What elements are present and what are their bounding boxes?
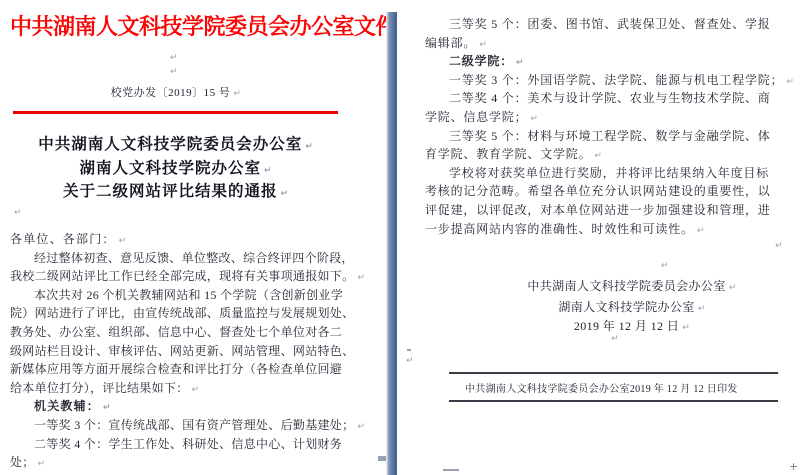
body-line-section-head: 机关教辅：↵ <box>10 397 112 415</box>
body-text: 级网站栏目设计、审核评估、网站更新、网站管理、网站特色、 <box>10 344 354 358</box>
body-text: 给本单位打分），评比结果如下： <box>10 381 189 395</box>
body-text: 二等奖 4 个：美术与设计学院、农业与生物技术学院、商 <box>449 91 771 105</box>
body-line: 编辑部。↵ <box>425 34 488 52</box>
page-divider <box>386 12 397 475</box>
paragraph-mark-icon: ↵ <box>594 151 602 161</box>
body-line: 给本单位打分），评比结果如下：↵ <box>10 379 199 397</box>
footer-issuer: 中共湖南人文科技学院委员会办公室 <box>465 380 630 395</box>
paragraph-mark-icon: ↵ <box>406 356 414 366</box>
footer-date: 2019 年 12 月 12 日印发 <box>630 380 738 395</box>
body-line: 学校将对获奖单位进行奖励，并将评比结果纳入年度目标 <box>425 164 769 182</box>
paragraph-mark-icon: ↵ <box>233 89 241 99</box>
paragraph-mark-icon: ↵ <box>305 142 314 152</box>
body-line: 三等奖 5 个：材料与环境工程学院、数学与金融学院、体 <box>425 127 771 145</box>
paragraph-mark-icon: ↵ <box>530 114 538 124</box>
paragraph-mark-icon: ↵ <box>119 236 128 246</box>
body-text: 三等奖 5 个：材料与环境工程学院、数学与金融学院、体 <box>449 129 771 143</box>
body-line: 一步提高网站内容的准确性、时效性和可读性。↵ <box>425 220 705 238</box>
paragraph-mark-icon: ↵ <box>775 241 783 251</box>
paragraph-mark-icon: ↵ <box>357 273 365 283</box>
doc-number-text: 校党办发〔2019〕15 号 <box>111 87 231 99</box>
paragraph-mark-icon: ↵ <box>14 208 22 218</box>
paragraph-mark-icon: ↵ <box>729 283 737 293</box>
body-text: 一步提高网站内容的准确性、时效性和可读性。 <box>425 222 694 236</box>
margin-mark <box>407 349 411 351</box>
body-text: 本次共对 26 个机关教辅网站和 15 个学院（含创新创业学 <box>34 288 343 302</box>
signature-line-1: 中共湖南人文科技学院委员会办公室↵ <box>432 277 803 294</box>
body-line: 评促建，以评促改，对本单位网站进一步加强建设和管理，进 <box>425 201 771 219</box>
page-1: 中共湖南人文科技学院委员会办公室文件↵ ↵ ↵ 校党办发〔2019〕15 号↵ … <box>0 0 386 475</box>
paragraph-mark-icon: ↵ <box>682 323 690 333</box>
body-text: 学院、信息学院； <box>425 110 527 124</box>
body-text: 院）网站进行了评比，由宣传统战部、质量监控与发展规划处、 <box>10 306 354 320</box>
body-text: 二等奖 4 个：学生工作处、科研处、信息中心、计划财务 <box>34 437 342 451</box>
page-corner-mark <box>443 469 459 471</box>
body-text: 我校二级网站评比工作已经全部完成，现将有关事项通报如下。 <box>10 269 354 283</box>
letterhead-text: 中共湖南人文科技学院委员会办公室文件 <box>10 14 397 39</box>
paragraph-mark-icon: ↵ <box>170 67 178 77</box>
letterhead-title: 中共湖南人文科技学院委员会办公室文件↵ <box>10 10 407 41</box>
body-line-section-head: 二级学院：↵ <box>425 52 524 70</box>
body-line: 二等奖 4 个：学生工作处、科研处、信息中心、计划财务 <box>10 435 342 453</box>
document-title-line-1: 中共湖南人文科技学院委员会办公室↵ <box>0 132 352 154</box>
title-text: 中共湖南人文科技学院委员会办公室 <box>38 136 302 153</box>
body-text: 考核的记分范畴。希望各单位充分认识网站建设的重要性，以 <box>425 184 771 198</box>
signature-date-line: 2019 年 12 月 12 日↵ <box>432 317 803 334</box>
footer-line: 中共湖南人文科技学院委员会办公室 2019 年 12 月 12 日印发 <box>465 380 737 395</box>
body-line: 考核的记分范畴。希望各单位充分认识网站建设的重要性，以 <box>425 182 771 200</box>
red-separator-line <box>13 111 338 114</box>
page-2: 三等奖 5 个：团委、图书馆、武装保卫处、督查处、学报 编辑部。↵ 二级学院：↵… <box>397 0 803 475</box>
body-line: 级网站栏目设计、审核评估、网站更新、网站管理、网站特色、 <box>10 342 354 360</box>
paragraph-mark-icon: ↵ <box>786 77 794 87</box>
body-text: 新媒体应用等方面开展综合检查和评比打分（各检查单位回避 <box>10 362 342 376</box>
signature-text: 2019 年 12 月 12 日 <box>574 319 679 333</box>
body-text: 三等奖 5 个：团委、图书馆、武装保卫处、督查处、学报 <box>449 17 771 31</box>
body-line: 学院、信息学院；↵ <box>425 108 539 126</box>
paragraph-mark-icon: ↵ <box>38 459 46 469</box>
paragraph-mark-icon: ↵ <box>192 385 200 395</box>
title-text: 湖南人文科技学院办公室 <box>79 160 261 177</box>
footer-rule-bottom <box>449 400 778 402</box>
body-text: 评促建，以评促改，对本单位网站进一步加强建设和管理，进 <box>425 203 771 217</box>
signature-line-2: 湖南人文科技学院办公室↵ <box>432 298 803 315</box>
document-view: 中共湖南人文科技学院委员会办公室文件↵ ↵ ↵ 校党办发〔2019〕15 号↵ … <box>0 0 803 475</box>
body-line: 二等奖 4 个：美术与设计学院、农业与生物技术学院、商 <box>425 89 771 107</box>
body-text: 各单位、各部门： <box>10 232 116 246</box>
paragraph-mark-icon: ↵ <box>264 166 273 176</box>
title-text: 关于二级网站评比结果的通报 <box>63 183 278 200</box>
body-line: 三等奖 5 个：团委、图书馆、武装保卫处、督查处、学报 <box>425 15 771 33</box>
body-text: 一等奖 3 个：宣传统战部、国有资产管理处、后勤基建处； <box>34 418 354 432</box>
doc-number: 校党办发〔2019〕15 号↵ <box>0 84 352 100</box>
body-line: 一等奖 3 个：宣传统战部、国有资产管理处、后勤基建处；↵ <box>10 416 365 434</box>
body-text: 育学院、教育学院、文学院。 <box>425 147 591 161</box>
paragraph-mark-icon: ↵ <box>280 189 289 199</box>
body-line: 教务处、办公室、组织部、信息中心、督查处七个单位对各二 <box>10 323 342 341</box>
body-text: 学校将对获奖单位进行奖励，并将评比结果纳入年度目标 <box>449 166 769 180</box>
body-text: 一等奖 3 个：外国语学院、法学院、能源与机电工程学院； <box>449 73 783 87</box>
plus-corner-mark: + <box>789 462 798 472</box>
footer-rule-top <box>449 372 778 374</box>
paragraph-mark-icon: ↵ <box>357 422 365 432</box>
paragraph-mark-icon: ↵ <box>170 53 178 63</box>
document-title-line-2: 湖南人文科技学院办公室↵ <box>0 156 352 178</box>
body-line: 新媒体应用等方面开展综合检查和评比打分（各检查单位回避 <box>10 360 342 378</box>
body-text: 教务处、办公室、组织部、信息中心、督查处七个单位对各二 <box>10 325 342 339</box>
body-line: 各单位、各部门：↵ <box>10 230 127 248</box>
page-corner-mark <box>378 456 386 461</box>
paragraph-mark-icon: ↵ <box>611 334 619 344</box>
body-line: 院）网站进行了评比，由宣传统战部、质量监控与发展规划处、 <box>10 304 354 322</box>
paragraph-mark-icon: ↵ <box>479 40 487 50</box>
signature-text: 中共湖南人文科技学院委员会办公室 <box>527 279 725 293</box>
document-title-line-3: 关于二级网站评比结果的通报↵ <box>0 179 352 201</box>
body-text: 经过整体初查、意见反馈、单位整改、综合终评四个阶段， <box>34 251 354 265</box>
body-text: 二级学院： <box>449 54 513 68</box>
body-line: 处；↵ <box>10 453 45 471</box>
body-line: 育学院、教育学院、文学院。↵ <box>425 145 603 163</box>
body-text: 处； <box>10 455 35 469</box>
body-line: 我校二级网站评比工作已经全部完成，现将有关事项通报如下。↵ <box>10 267 365 285</box>
body-text: 编辑部。 <box>425 36 476 50</box>
paragraph-mark-icon: ↵ <box>698 304 706 314</box>
paragraph-mark-icon: ↵ <box>103 403 112 413</box>
body-line: 经过整体初查、意见反馈、单位整改、综合终评四个阶段， <box>10 249 354 267</box>
paragraph-mark-icon: ↵ <box>697 226 705 236</box>
body-text: 机关教辅： <box>34 399 100 413</box>
body-line: 一等奖 3 个：外国语学院、法学院、能源与机电工程学院；↵ <box>425 71 795 89</box>
paragraph-mark-icon: ↵ <box>516 58 524 68</box>
paragraph-mark-icon: ↵ <box>661 261 669 271</box>
signature-text: 湖南人文科技学院办公室 <box>558 300 694 314</box>
body-line: 本次共对 26 个机关教辅网站和 15 个学院（含创新创业学 <box>10 286 343 304</box>
